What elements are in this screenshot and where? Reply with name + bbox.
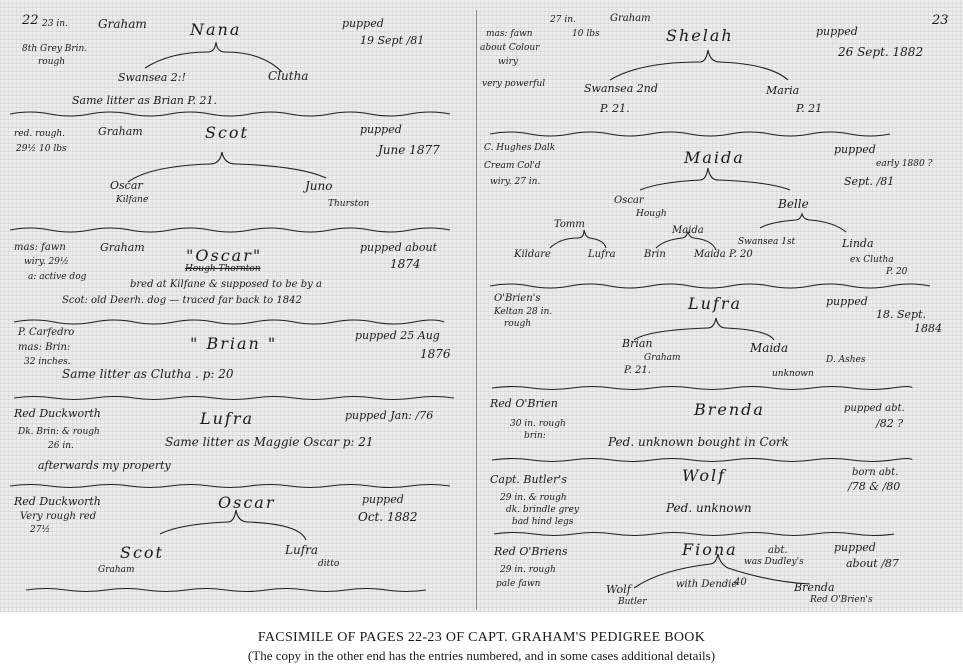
sire-owner: Kilfane [116, 196, 148, 205]
dog-name: " Brian " [190, 336, 277, 352]
sire-ref: P. 21. [624, 366, 651, 376]
whelped-date: about /87 [846, 558, 899, 569]
granddam: Linda [842, 238, 874, 249]
dam: Belle [778, 198, 809, 210]
whelped-note: early 1880 ? [876, 160, 932, 169]
breeder: Graham [98, 18, 147, 30]
dam: Clutha [268, 70, 308, 82]
right-page: 23 mas: fawn about Colour wiry very powe… [476, 0, 963, 612]
caption-title: FACSIMILE OF PAGES 22-23 OF CAPT. GRAHAM… [0, 630, 963, 646]
breeder: Graham [98, 126, 143, 137]
owner-note: mas: fawn [486, 30, 533, 39]
owner-note: 30 in. rough [510, 420, 566, 429]
dog-name: "Oscar" [186, 248, 262, 264]
whelped-date: 1874 [390, 258, 421, 270]
great-grandparent: Kildare [514, 250, 551, 260]
owner-note: Red O'Brien [490, 398, 558, 409]
owner-note: a: active dog [28, 273, 86, 282]
owner-note: Red Duckworth [14, 408, 101, 419]
owner-note: 27½ [30, 526, 50, 535]
owner-note: O'Brien's [494, 294, 541, 304]
page-number-left: 22 [22, 14, 39, 27]
owner-note: 23 in. [42, 20, 68, 29]
granddam: Maida [672, 226, 704, 236]
sire: Brian [622, 338, 653, 349]
owner-note: 32 inches. [24, 358, 71, 367]
whelped-date: 26 Sept. 1882 [838, 46, 923, 58]
owner-note: dk. brindle grey [506, 506, 579, 515]
owner-note: 8th Grey Brin. [22, 45, 87, 54]
owner-note: 29½ 10 lbs [16, 145, 67, 154]
sire: Oscar [110, 180, 143, 191]
sire-owner: Graham [98, 566, 135, 575]
whelped: pupped [826, 296, 868, 307]
whelped-date: /78 & /80 [848, 481, 900, 492]
dog-name: Lufra [200, 411, 254, 427]
dam-owner: D. Ashes [826, 356, 865, 365]
whelped-year: 1884 [914, 323, 942, 334]
sire: Oscar [614, 196, 644, 206]
owner-note: wiry. 29½ [24, 258, 69, 267]
dog-name: Brenda [694, 402, 765, 418]
page-number-right: 23 [932, 14, 949, 27]
sire-owner: Butler [618, 598, 647, 607]
sire: Scot [120, 545, 164, 561]
dam: Lufra [285, 544, 318, 556]
facsimile-scan: 22 23 in. 8th Grey Brin. rough Graham Na… [0, 0, 963, 612]
dam: Maria [766, 85, 799, 96]
owner-note: bad hind legs [512, 518, 573, 527]
owner-note: Very rough red [20, 512, 96, 522]
entry-note: afterwards my property [38, 460, 171, 471]
whelped: pupped [834, 542, 876, 553]
crossed-note: Hough Thornton [185, 265, 261, 274]
dog-name: Scot [205, 125, 249, 141]
sire: Swansea 2:! [118, 72, 186, 83]
whelped: pupped [360, 124, 402, 135]
owner-note: 26 in. [48, 442, 74, 451]
whelped-date: Sept. /81 [844, 176, 894, 187]
dog-name: Fiona [682, 542, 738, 558]
owner-note: wiry. 27 in. [490, 178, 540, 187]
whelped: pupped [342, 18, 384, 29]
whelped: pupped [362, 494, 404, 505]
whelped: pupped abt. [844, 404, 905, 414]
whelped: pupped [816, 26, 858, 37]
dam-owner: Red O'Brien's [810, 596, 873, 605]
dam: Juno [305, 180, 333, 192]
entry-note: Same litter as Brian P. 21. [72, 95, 217, 106]
great-grandparent: Brin [644, 250, 666, 260]
whelped: pupped about [360, 242, 437, 253]
owner-note: Red Duckworth [14, 496, 101, 507]
entry-note: bred at Kilfane & supposed to be by a [130, 280, 322, 290]
owner-note: pale fawn [496, 580, 540, 589]
dog-name: Shelah [666, 28, 734, 44]
owner-note: very powerful [482, 80, 545, 89]
dam: Brenda [794, 582, 835, 593]
owner-note: 29 in. rough [500, 566, 556, 575]
whelped-date: 18. Sept. [876, 309, 926, 320]
whelped-date: /82 ? [876, 418, 903, 429]
dam-owner: Thurston [328, 200, 369, 209]
whelped-date: 1876 [420, 348, 451, 360]
granddam-ref: P. 20 [886, 268, 907, 277]
extra-note: abt. [768, 546, 788, 556]
owner-note: 29 in. & rough [500, 494, 567, 503]
dog-name: Nana [190, 22, 241, 38]
whelped-date: 19 Sept /81 [360, 35, 424, 46]
owner-note: Red O'Briens [494, 546, 567, 557]
dam-note: unknown [772, 370, 814, 379]
dam-ref: P. 21 [796, 103, 822, 114]
entry-note: Same litter as Maggie Oscar p: 21 [165, 436, 374, 448]
grandsire: Swansea 1st [738, 238, 795, 247]
entry-note: Ped. unknown [666, 502, 752, 514]
entry-note: Ped. unknown bought in Cork [608, 436, 789, 448]
whelped: pupped [834, 144, 876, 155]
whelped: pupped Jan: /76 [345, 410, 433, 421]
dog-name: Maida [684, 150, 745, 166]
whelped-date: Oct. 1882 [358, 511, 418, 523]
whelped: pupped 25 Aug [355, 330, 440, 341]
dog-name: Lufra [688, 296, 742, 312]
dam: Maida [750, 342, 788, 354]
owner-note: Keltan 28 in. [494, 308, 552, 317]
great-grandparent: Maida P. 20 [694, 250, 753, 260]
dam-owner: ditto [318, 560, 339, 569]
caption-subtitle: (The copy in the other end has the entri… [0, 648, 963, 664]
entry-note: Scot: old Deerh. dog — traced far back t… [62, 296, 302, 306]
sire-owner: Hough [636, 210, 667, 219]
granddam-note: ex Clutha [850, 256, 894, 265]
owner-note: red. rough. [14, 130, 65, 139]
owner-note: C. Hughes Dalk [484, 144, 555, 153]
breeder: Graham [100, 242, 145, 253]
sire-owner: Graham [644, 354, 681, 363]
sire: Wolf [606, 584, 631, 595]
entry-note: Same litter as Clutha . p: 20 [62, 368, 233, 380]
owner-note: wiry [498, 58, 518, 67]
dog-name: Oscar [218, 495, 275, 511]
owner-note: about Colour [480, 44, 540, 53]
owner-note: mas: Brin: [18, 343, 70, 353]
great-grandparent: Lufra [588, 250, 616, 260]
breeder: Graham [610, 14, 651, 24]
owner-note: Capt. Butler's [490, 474, 567, 485]
sire: Swansea 2nd [584, 83, 658, 94]
whelped: born abt. [852, 468, 898, 478]
mid-note: with Dendie [676, 580, 737, 590]
grandsire: Tomm [554, 220, 585, 230]
owner-note: Cream Col'd [484, 162, 541, 171]
owner-note: rough [504, 320, 531, 329]
owner-note: mas: fawn [14, 243, 66, 253]
owner-note: Dk. Brin: & rough [18, 428, 100, 437]
whelped-date: June 1877 [378, 144, 440, 156]
owner-note: brin: [524, 432, 546, 441]
dog-name: Wolf [682, 468, 726, 484]
left-page: 22 23 in. 8th Grey Brin. rough Graham Na… [0, 0, 476, 612]
owner-note: P. Carfedro [18, 328, 74, 338]
size-note: 10 lbs [572, 30, 600, 39]
sire-ref: P. 21. [600, 103, 630, 114]
size-note: 27 in. [550, 16, 576, 25]
owner-note: rough [38, 58, 65, 67]
extra-note: was Dudley's [744, 558, 804, 567]
